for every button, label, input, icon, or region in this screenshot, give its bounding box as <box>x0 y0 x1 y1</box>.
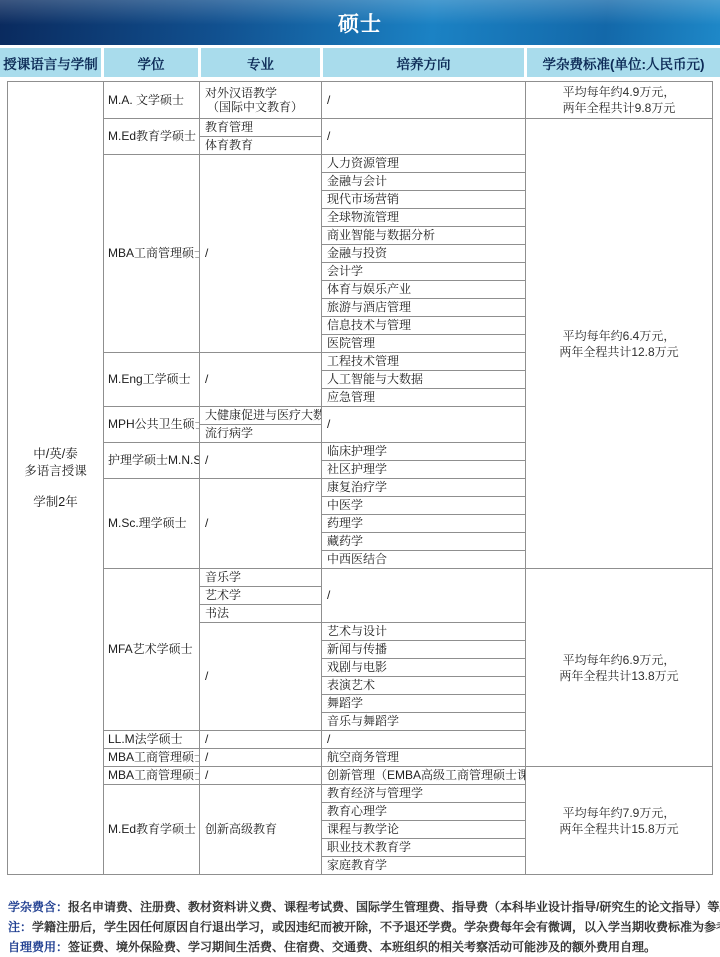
program-table: 中/英/泰 多语言授课 学制2年 M.A. 文学硕士 对外汉语教学 （国际中文教… <box>7 81 713 875</box>
footnote-text: 签证费、境外保险费、学习期间生活费、住宿费、交通费、本班组织的相关考察活动可能涉… <box>68 940 656 954</box>
fee-cell: 平均每年约7.9万元， 两年全程共计15.8万元 <box>526 767 713 875</box>
direction-cell: 金融与投资 <box>322 245 526 263</box>
direction-cell: 体育与娱乐产业 <box>322 281 526 299</box>
title-band: 硕士 <box>0 0 720 45</box>
major-cell: 创新高级教育 <box>200 785 322 875</box>
column-header-row: 授课语言与学制 学位 专业 培养方向 学杂费标准(单位:人民币元) <box>0 48 720 77</box>
major-cell: 音乐学 <box>200 569 322 587</box>
column-header-major: 专业 <box>201 48 320 77</box>
direction-cell: 教育心理学 <box>322 803 526 821</box>
degree-cell: M.Ed教育学硕士 <box>104 785 200 875</box>
direction-cell: 艺术与设计 <box>322 623 526 641</box>
degree-cell: 护理学硕士M.N.S. <box>104 443 200 479</box>
direction-cell: 航空商务管理 <box>322 749 526 767</box>
page-title: 硕士 <box>338 8 382 38</box>
degree-cell: MFA艺术学硕士 <box>104 569 200 731</box>
direction-cell: 商业智能与数据分析 <box>322 227 526 245</box>
direction-cell: 中医学 <box>322 497 526 515</box>
major-cell: 书法 <box>200 605 322 623</box>
direction-cell: 藏药学 <box>322 533 526 551</box>
major-cell: 大健康促进与医疗大数据 <box>200 407 322 425</box>
footnotes: 学杂费含：报名申请费、注册费、教材资料讲义费、课程考试费、国际学生管理费、指导费… <box>8 897 712 957</box>
major-cell: 艺术学 <box>200 587 322 605</box>
direction-cell: 人力资源管理 <box>322 155 526 173</box>
direction-cell: 应急管理 <box>322 389 526 407</box>
direction-cell: 课程与教学论 <box>322 821 526 839</box>
direction-cell: 医院管理 <box>322 335 526 353</box>
direction-cell: 金融与会计 <box>322 173 526 191</box>
footnote-label: 学杂费含： <box>8 900 68 914</box>
column-header-fee: 学杂费标准(单位:人民币元) <box>527 48 720 77</box>
direction-cell: 信息技术与管理 <box>322 317 526 335</box>
direction-cell: 药理学 <box>322 515 526 533</box>
table-row: MBA工商管理硕士 / 创新管理（EMBA高级工商管理硕士课程） 平均每年约7.… <box>8 767 713 785</box>
degree-cell: LL.M法学硕士 <box>104 731 200 749</box>
footnote-text: 学籍注册后，学生因任何原因自行退出学习，或因违纪而被开除，不予退还学费。学杂费每… <box>32 920 720 934</box>
direction-cell: 家庭教育学 <box>322 857 526 875</box>
major-cell: / <box>200 731 322 749</box>
degree-cell: MBA工商管理硕士 <box>104 155 200 353</box>
degree-cell: M.Eng工学硕士 <box>104 353 200 407</box>
direction-cell: 职业技术教育学 <box>322 839 526 857</box>
table-row: 中/英/泰 多语言授课 学制2年 M.A. 文学硕士 对外汉语教学 （国际中文教… <box>8 82 713 119</box>
major-cell: / <box>200 623 322 731</box>
direction-cell: 新闻与传播 <box>322 641 526 659</box>
direction-cell: 工程技术管理 <box>322 353 526 371</box>
major-cell: / <box>200 353 322 407</box>
table-row: MFA艺术学硕士 音乐学 / 平均每年约6.9万元， 两年全程共计13.8万元 <box>8 569 713 587</box>
language-duration-cell: 中/英/泰 多语言授课 学制2年 <box>8 82 104 875</box>
footnote-label: 自理费用： <box>8 940 68 954</box>
program-table-wrap: 中/英/泰 多语言授课 学制2年 M.A. 文学硕士 对外汉语教学 （国际中文教… <box>7 81 713 875</box>
major-cell: 流行病学 <box>200 425 322 443</box>
column-header-direction: 培养方向 <box>323 48 524 77</box>
fee-cell: 平均每年约4.9万元， 两年全程共计9.8万元 <box>526 82 713 119</box>
degree-cell: MPH公共卫生硕士 <box>104 407 200 443</box>
major-cell: 对外汉语教学 （国际中文教育） <box>200 82 322 119</box>
direction-cell: 表演艺术 <box>322 677 526 695</box>
direction-cell: / <box>322 569 526 623</box>
fee-cell: 平均每年约6.9万元， 两年全程共计13.8万元 <box>526 569 713 767</box>
major-cell: / <box>200 155 322 353</box>
footnote-self-paid: 自理费用：签证费、境外保险费、学习期间生活费、住宿费、交通费、本班组织的相关考察… <box>8 937 712 957</box>
degree-cell: M.Ed教育学硕士 <box>104 119 200 155</box>
direction-cell: 人工智能与大数据 <box>322 371 526 389</box>
column-header-language: 授课语言与学制 <box>0 48 101 77</box>
footnote-text: 报名申请费、注册费、教材资料讲义费、课程考试费、国际学生管理费、指导费（本科毕业… <box>68 900 720 914</box>
table-row: M.Ed教育学硕士 教育管理 / 平均每年约6.4万元， 两年全程共计12.8万… <box>8 119 713 137</box>
direction-cell: 现代市场营销 <box>322 191 526 209</box>
direction-cell: / <box>322 82 526 119</box>
direction-cell: 创新管理（EMBA高级工商管理硕士课程） <box>322 767 526 785</box>
direction-cell: 临床护理学 <box>322 443 526 461</box>
degree-cell: M.Sc.理学硕士 <box>104 479 200 569</box>
footnote-fee-includes: 学杂费含：报名申请费、注册费、教材资料讲义费、课程考试费、国际学生管理费、指导费… <box>8 897 712 917</box>
footnote-refund-policy: 注：学籍注册后，学生因任何原因自行退出学习，或因违纪而被开除，不予退还学费。学杂… <box>8 917 712 937</box>
fee-cell: 平均每年约6.4万元， 两年全程共计12.8万元 <box>526 119 713 569</box>
direction-cell: 全球物流管理 <box>322 209 526 227</box>
direction-cell: / <box>322 119 526 155</box>
major-cell: / <box>200 749 322 767</box>
major-cell: 体育教育 <box>200 137 322 155</box>
major-cell: / <box>200 767 322 785</box>
direction-cell: 戏剧与电影 <box>322 659 526 677</box>
direction-cell: 会计学 <box>322 263 526 281</box>
direction-cell: / <box>322 731 526 749</box>
major-cell: 教育管理 <box>200 119 322 137</box>
major-cell: / <box>200 479 322 569</box>
direction-cell: 社区护理学 <box>322 461 526 479</box>
degree-cell: M.A. 文学硕士 <box>104 82 200 119</box>
footnote-label: 注： <box>8 920 32 934</box>
major-cell: / <box>200 443 322 479</box>
direction-cell: 中西医结合 <box>322 551 526 569</box>
direction-cell: 舞蹈学 <box>322 695 526 713</box>
degree-cell: MBA工商管理硕士 <box>104 749 200 767</box>
direction-cell: 音乐与舞蹈学 <box>322 713 526 731</box>
direction-cell: / <box>322 407 526 443</box>
direction-cell: 旅游与酒店管理 <box>322 299 526 317</box>
direction-cell: 教育经济与管理学 <box>322 785 526 803</box>
direction-cell: 康复治疗学 <box>322 479 526 497</box>
column-header-degree: 学位 <box>104 48 198 77</box>
degree-cell: MBA工商管理硕士 <box>104 767 200 785</box>
